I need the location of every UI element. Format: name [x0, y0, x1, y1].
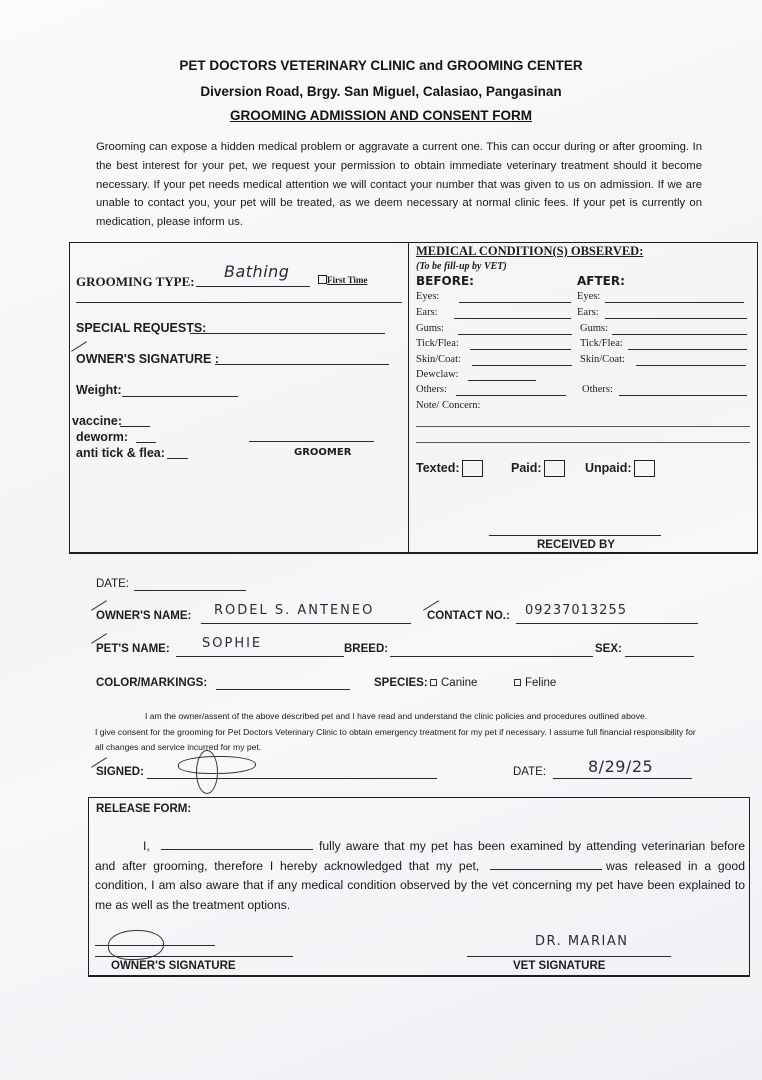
- after-field-input[interactable]: [628, 349, 747, 350]
- anti-tick-flea-label: anti tick & flea:: [76, 446, 165, 460]
- owner-signature-field[interactable]: [215, 364, 389, 365]
- consent-text: I am the owner/assent of the above descr…: [95, 709, 705, 756]
- release-owner-signature-label: OWNER'S SIGNATURE: [111, 960, 236, 972]
- deworm-label: deworm:: [76, 430, 128, 444]
- contact-no-field[interactable]: [516, 623, 698, 624]
- paid-label: Paid:: [511, 461, 542, 475]
- vaccine-label: vaccine:: [72, 414, 122, 428]
- clinic-address: Diversion Road, Brgy. San Miguel, Calasi…: [0, 84, 762, 99]
- species-option-canine[interactable]: Canine: [430, 677, 477, 689]
- medical-condition-title: MEDICAL CONDITION(S) OBSERVED:: [416, 244, 643, 259]
- species-option-feline[interactable]: Feline: [514, 677, 556, 689]
- medical-condition-subtitle: (To be fill-up by VET): [416, 261, 507, 272]
- release-form-text: I, fully aware that my pet has been exam…: [95, 837, 745, 915]
- release-pet-name-field[interactable]: [490, 859, 602, 870]
- after-field-label: Gums:: [580, 323, 608, 334]
- before-field-label: Dewclaw:: [416, 369, 459, 380]
- deworm-field[interactable]: [136, 442, 156, 443]
- before-field-label: Others:: [416, 384, 447, 395]
- consent-date-field[interactable]: [553, 778, 692, 779]
- received-by-label: RECEIVED BY: [537, 539, 615, 551]
- first-time-option[interactable]: First Time: [318, 275, 367, 285]
- signed-label: SIGNED:: [96, 766, 144, 778]
- texted-checkbox[interactable]: [462, 460, 483, 477]
- consent-date-value: 8/29/25: [588, 757, 653, 776]
- owner-signature-loop: [196, 750, 218, 794]
- clinic-name: PET DOCTORS VETERINARY CLINIC and GROOMI…: [0, 58, 762, 73]
- before-field-label: Skin/Coat:: [416, 354, 461, 365]
- groomer-signature-field[interactable]: [249, 441, 374, 442]
- before-field-input[interactable]: [472, 365, 572, 366]
- before-field-label: Gums:: [416, 323, 444, 334]
- owner-name-label: OWNER'S NAME:: [96, 610, 191, 622]
- note-concern-label: Note/ Concern:: [416, 400, 480, 411]
- signed-field[interactable]: [147, 778, 437, 779]
- before-field-input[interactable]: [459, 302, 571, 303]
- canine-checkbox[interactable]: [430, 679, 437, 686]
- after-field-input[interactable]: [612, 334, 747, 335]
- pet-name-label: PET'S NAME:: [96, 643, 170, 655]
- consent-text-line1: I am the owner/assent of the above descr…: [95, 709, 705, 725]
- after-field-label: Others:: [582, 384, 613, 395]
- release-signature-strike: [95, 945, 215, 946]
- release-owner-name-field[interactable]: [161, 839, 313, 850]
- after-field-label: Eyes:: [577, 291, 600, 302]
- after-field-input[interactable]: [605, 302, 744, 303]
- after-label: AFTER:: [577, 274, 625, 288]
- texted-option[interactable]: Texted:: [416, 460, 483, 477]
- form-title: GROOMING ADMISSION AND CONSENT FORM: [0, 108, 762, 123]
- anti-tick-flea-field[interactable]: [167, 458, 188, 459]
- before-field-input[interactable]: [468, 380, 536, 381]
- note-line-2[interactable]: [416, 442, 750, 443]
- unpaid-option[interactable]: Unpaid:: [585, 460, 655, 477]
- intro-paragraph: Grooming can expose a hidden medical pro…: [96, 138, 702, 232]
- before-label: BEFORE:: [416, 274, 474, 288]
- after-field-input[interactable]: [605, 318, 747, 319]
- release-form-title: RELEASE FORM:: [96, 803, 191, 815]
- after-field-label: Skin/Coat:: [580, 354, 625, 365]
- sex-label: SEX:: [595, 643, 622, 655]
- owner-name-value: RODEL S. ANTENEO: [214, 603, 374, 618]
- after-field-label: Ears:: [577, 307, 599, 318]
- vaccine-field[interactable]: [120, 426, 150, 427]
- feline-label: Feline: [525, 677, 556, 689]
- received-by-field[interactable]: [489, 535, 661, 536]
- contact-no-value: 09237013255: [525, 603, 627, 618]
- first-time-checkbox[interactable]: [318, 275, 327, 284]
- date-field[interactable]: [134, 590, 246, 591]
- date-label: DATE:: [96, 578, 129, 590]
- note-line-1[interactable]: [416, 426, 750, 427]
- before-field-label: Ears:: [416, 307, 438, 318]
- after-field-input[interactable]: [619, 395, 747, 396]
- scanned-form-page: PET DOCTORS VETERINARY CLINIC and GROOMI…: [0, 0, 762, 1080]
- vet-signature-value: DR. MARIAN: [535, 934, 628, 949]
- weight-label: Weight:: [76, 383, 122, 397]
- paid-option[interactable]: Paid:: [511, 460, 565, 477]
- pet-name-field[interactable]: [176, 656, 344, 657]
- texted-label: Texted:: [416, 461, 460, 475]
- weight-field[interactable]: [122, 396, 238, 397]
- unpaid-checkbox[interactable]: [634, 460, 655, 477]
- release-i: I,: [95, 839, 150, 853]
- consent-text-rest: I give consent for the grooming for Pet …: [95, 725, 705, 756]
- before-field-input[interactable]: [458, 334, 572, 335]
- vet-signature-field[interactable]: [467, 956, 671, 957]
- special-requests-field[interactable]: [190, 333, 385, 334]
- breed-label: BREED:: [344, 643, 388, 655]
- before-field-label: Tick/Flea:: [416, 338, 459, 349]
- after-field-input[interactable]: [636, 365, 746, 366]
- color-markings-label: COLOR/MARKINGS:: [96, 677, 207, 689]
- pet-name-value: SOPHIE: [202, 636, 262, 651]
- owner-name-field[interactable]: [201, 623, 411, 624]
- grooming-type-field[interactable]: [196, 286, 310, 287]
- before-field-input[interactable]: [456, 395, 566, 396]
- grooming-type-value: Bathing: [224, 262, 289, 281]
- grooming-type-extra-line[interactable]: [76, 302, 402, 303]
- contact-no-label: CONTACT NO.:: [427, 610, 510, 622]
- before-field-label: Eyes:: [416, 291, 439, 302]
- groomer-label: GROOMER: [294, 447, 351, 458]
- unpaid-label: Unpaid:: [585, 461, 632, 475]
- color-markings-field[interactable]: [216, 689, 350, 690]
- box-divider: [408, 242, 409, 554]
- after-field-label: Tick/Flea:: [580, 338, 623, 349]
- before-field-input[interactable]: [454, 318, 571, 319]
- paid-checkbox[interactable]: [544, 460, 565, 477]
- special-requests-label: SPECIAL REQUESTS:: [76, 321, 206, 335]
- owner-signature-label: OWNER'S SIGNATURE :: [76, 352, 219, 366]
- species-label: SPECIES:: [374, 677, 428, 689]
- sex-field[interactable]: [625, 656, 694, 657]
- first-time-label: First Time: [327, 275, 367, 285]
- breed-field[interactable]: [390, 656, 593, 657]
- canine-label: Canine: [441, 677, 477, 689]
- vet-signature-label: VET SIGNATURE: [513, 960, 605, 972]
- consent-date-label: DATE:: [513, 766, 546, 778]
- before-field-input[interactable]: [470, 349, 571, 350]
- feline-checkbox[interactable]: [514, 679, 521, 686]
- grooming-type-label: GROOMING TYPE:: [76, 274, 195, 290]
